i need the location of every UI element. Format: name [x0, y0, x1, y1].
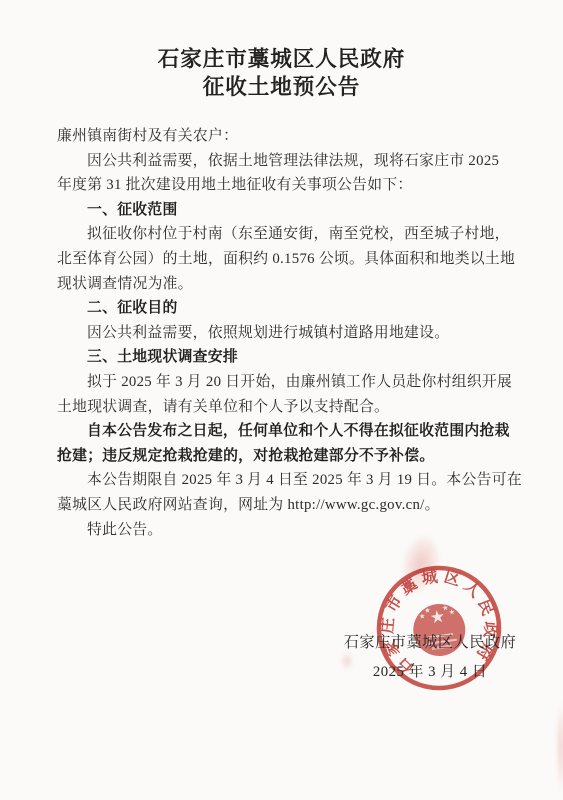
document-title-line1: 石家庄市藁城区人民政府 [0, 46, 563, 74]
body-line: 现状调查情况为准。 [57, 272, 513, 297]
body-line: 年度第 31 批次建设用地土地征收有关事项公告如下： [57, 173, 513, 198]
document-page: 石家庄市藁城区人民政府 征收土地预公告 廉州镇南街村及有关农户：因公共利益需要，… [0, 0, 563, 800]
body-line: 二、征收目的 [57, 296, 513, 321]
signature-date: 2025 年 3 月 4 日 [340, 660, 520, 681]
body-line: 因公共利益需要，依照规划进行城镇村道路用地建设。 [57, 321, 513, 346]
body-line: 拟于 2025 年 3 月 20 日开始，由廉州镇工作人员赴你村组织开展 [57, 370, 513, 395]
body-line: 廉州镇南街村及有关农户： [57, 124, 513, 149]
document-title-line2: 征收土地预公告 [0, 74, 563, 102]
body-line: 本公告期限自 2025 年 3 月 4 日至 2025 年 3 月 19 日。本… [57, 468, 513, 493]
document-body: 廉州镇南街村及有关农户：因公共利益需要，依据土地管理法律法规，现将石家庄市 20… [57, 124, 513, 542]
body-line: 因公共利益需要，依据土地管理法律法规，现将石家庄市 2025 [57, 149, 513, 174]
body-line: 北至体育公园）的土地，面积约 0.1576 公顷。具体面积和地类以土地 [57, 247, 513, 272]
body-line: 自本公告发布之日起，任何单位和个人不得在拟征收范围内抢栽 [57, 419, 513, 444]
body-line: 特此公告。 [57, 518, 513, 543]
document-title: 石家庄市藁城区人民政府 征收土地预公告 [0, 46, 563, 101]
signature-org: 石家庄市藁城区人民政府 [340, 631, 520, 652]
body-line: 一、征收范围 [57, 198, 513, 223]
body-line: 土地现状调查，请有关单位和个人予以支持配合。 [57, 395, 513, 420]
body-line: 藁城区人民政府网站查询，网址为 http://www.gc.gov.cn/。 [57, 493, 513, 518]
ink-smudge-right-edge [557, 703, 563, 791]
body-line: 三、土地现状调查安排 [57, 345, 513, 370]
body-line: 拟征收你村位于村南（东至通安街，南至党校，西至城子村地， [57, 222, 513, 247]
signature-block: 石家庄市藁城区人民政府 2025 年 3 月 4 日 [340, 631, 520, 681]
body-line: 抢建；违反规定抢栽抢建的，对抢栽抢建部分不予补偿。 [57, 444, 513, 469]
